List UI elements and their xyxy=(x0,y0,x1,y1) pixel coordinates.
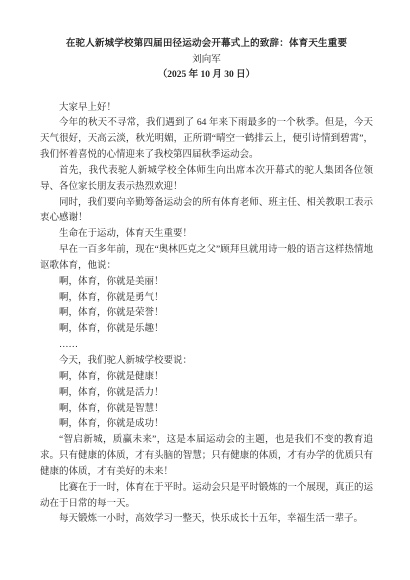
document-body: 大家早上好！今年的秋天不寻常，我们遇到了 64 年来下雨最多的一个秋季。但是，今… xyxy=(40,101,373,529)
paragraph: 生命在于运动，体育天生重要！ xyxy=(40,227,373,243)
paragraph: 大家早上好！ xyxy=(40,101,373,117)
document-page: 在驼人新城学校第四届田径运动会开幕式上的致辞：体育天生重要 刘向军 （2025 … xyxy=(0,0,410,580)
paragraph: 早在一百多年前，现在“奥林匹克之父”顾拜旦就用诗一般的语言这样热情地讴歌体育，他… xyxy=(40,243,373,275)
paragraph: 今年的秋天不寻常，我们遇到了 64 年来下雨最多的一个秋季。但是，今天天气很好，… xyxy=(40,116,373,164)
document-date: （2025 年 10 月 30 日） xyxy=(40,68,373,84)
paragraph: 啊，体育，你就是智慧！ xyxy=(40,402,373,418)
paragraph: 今天，我们驼人新城学校要说： xyxy=(40,354,373,370)
paragraph: “智启新城，质赢未来”，这是本届运动会的主题，也是我们不变的教育追求。只有健康的… xyxy=(40,433,373,481)
paragraph: 啊，体育，你就是成功！ xyxy=(40,417,373,433)
paragraph: 每天锻炼一小时，高效学习一整天，快乐成长十五年，幸福生活一辈子。 xyxy=(40,512,373,528)
paragraph: 啊，体育，你就是美丽！ xyxy=(40,275,373,291)
paragraph: 啊，体育，你就是活力！ xyxy=(40,386,373,402)
paragraph: 啊，体育，你就是健康！ xyxy=(40,370,373,386)
paragraph: 首先，我代表驼人新城学校全体师生向出席本次开幕式的驼人集团各位领导、各位家长朋友… xyxy=(40,164,373,196)
paragraph: 比赛在于一时，体育在于平时。运动会只是平时锻炼的一个展现，真正的运动在于日常的每… xyxy=(40,481,373,513)
document-title: 在驼人新城学校第四届田径运动会开幕式上的致辞：体育天生重要 xyxy=(40,37,373,53)
author-name: 刘向军 xyxy=(40,53,373,69)
paragraph: 同时，我们要向辛勤筹备运动会的所有体育老师、班主任、相关教职工表示衷心感谢！ xyxy=(40,196,373,228)
paragraph: 啊，体育，你就是乐趣！ xyxy=(40,322,373,338)
paragraph: 啊，体育，你就是勇气！ xyxy=(40,291,373,307)
paragraph: 啊，体育，你就是荣誉！ xyxy=(40,306,373,322)
paragraph: …… xyxy=(40,338,373,354)
